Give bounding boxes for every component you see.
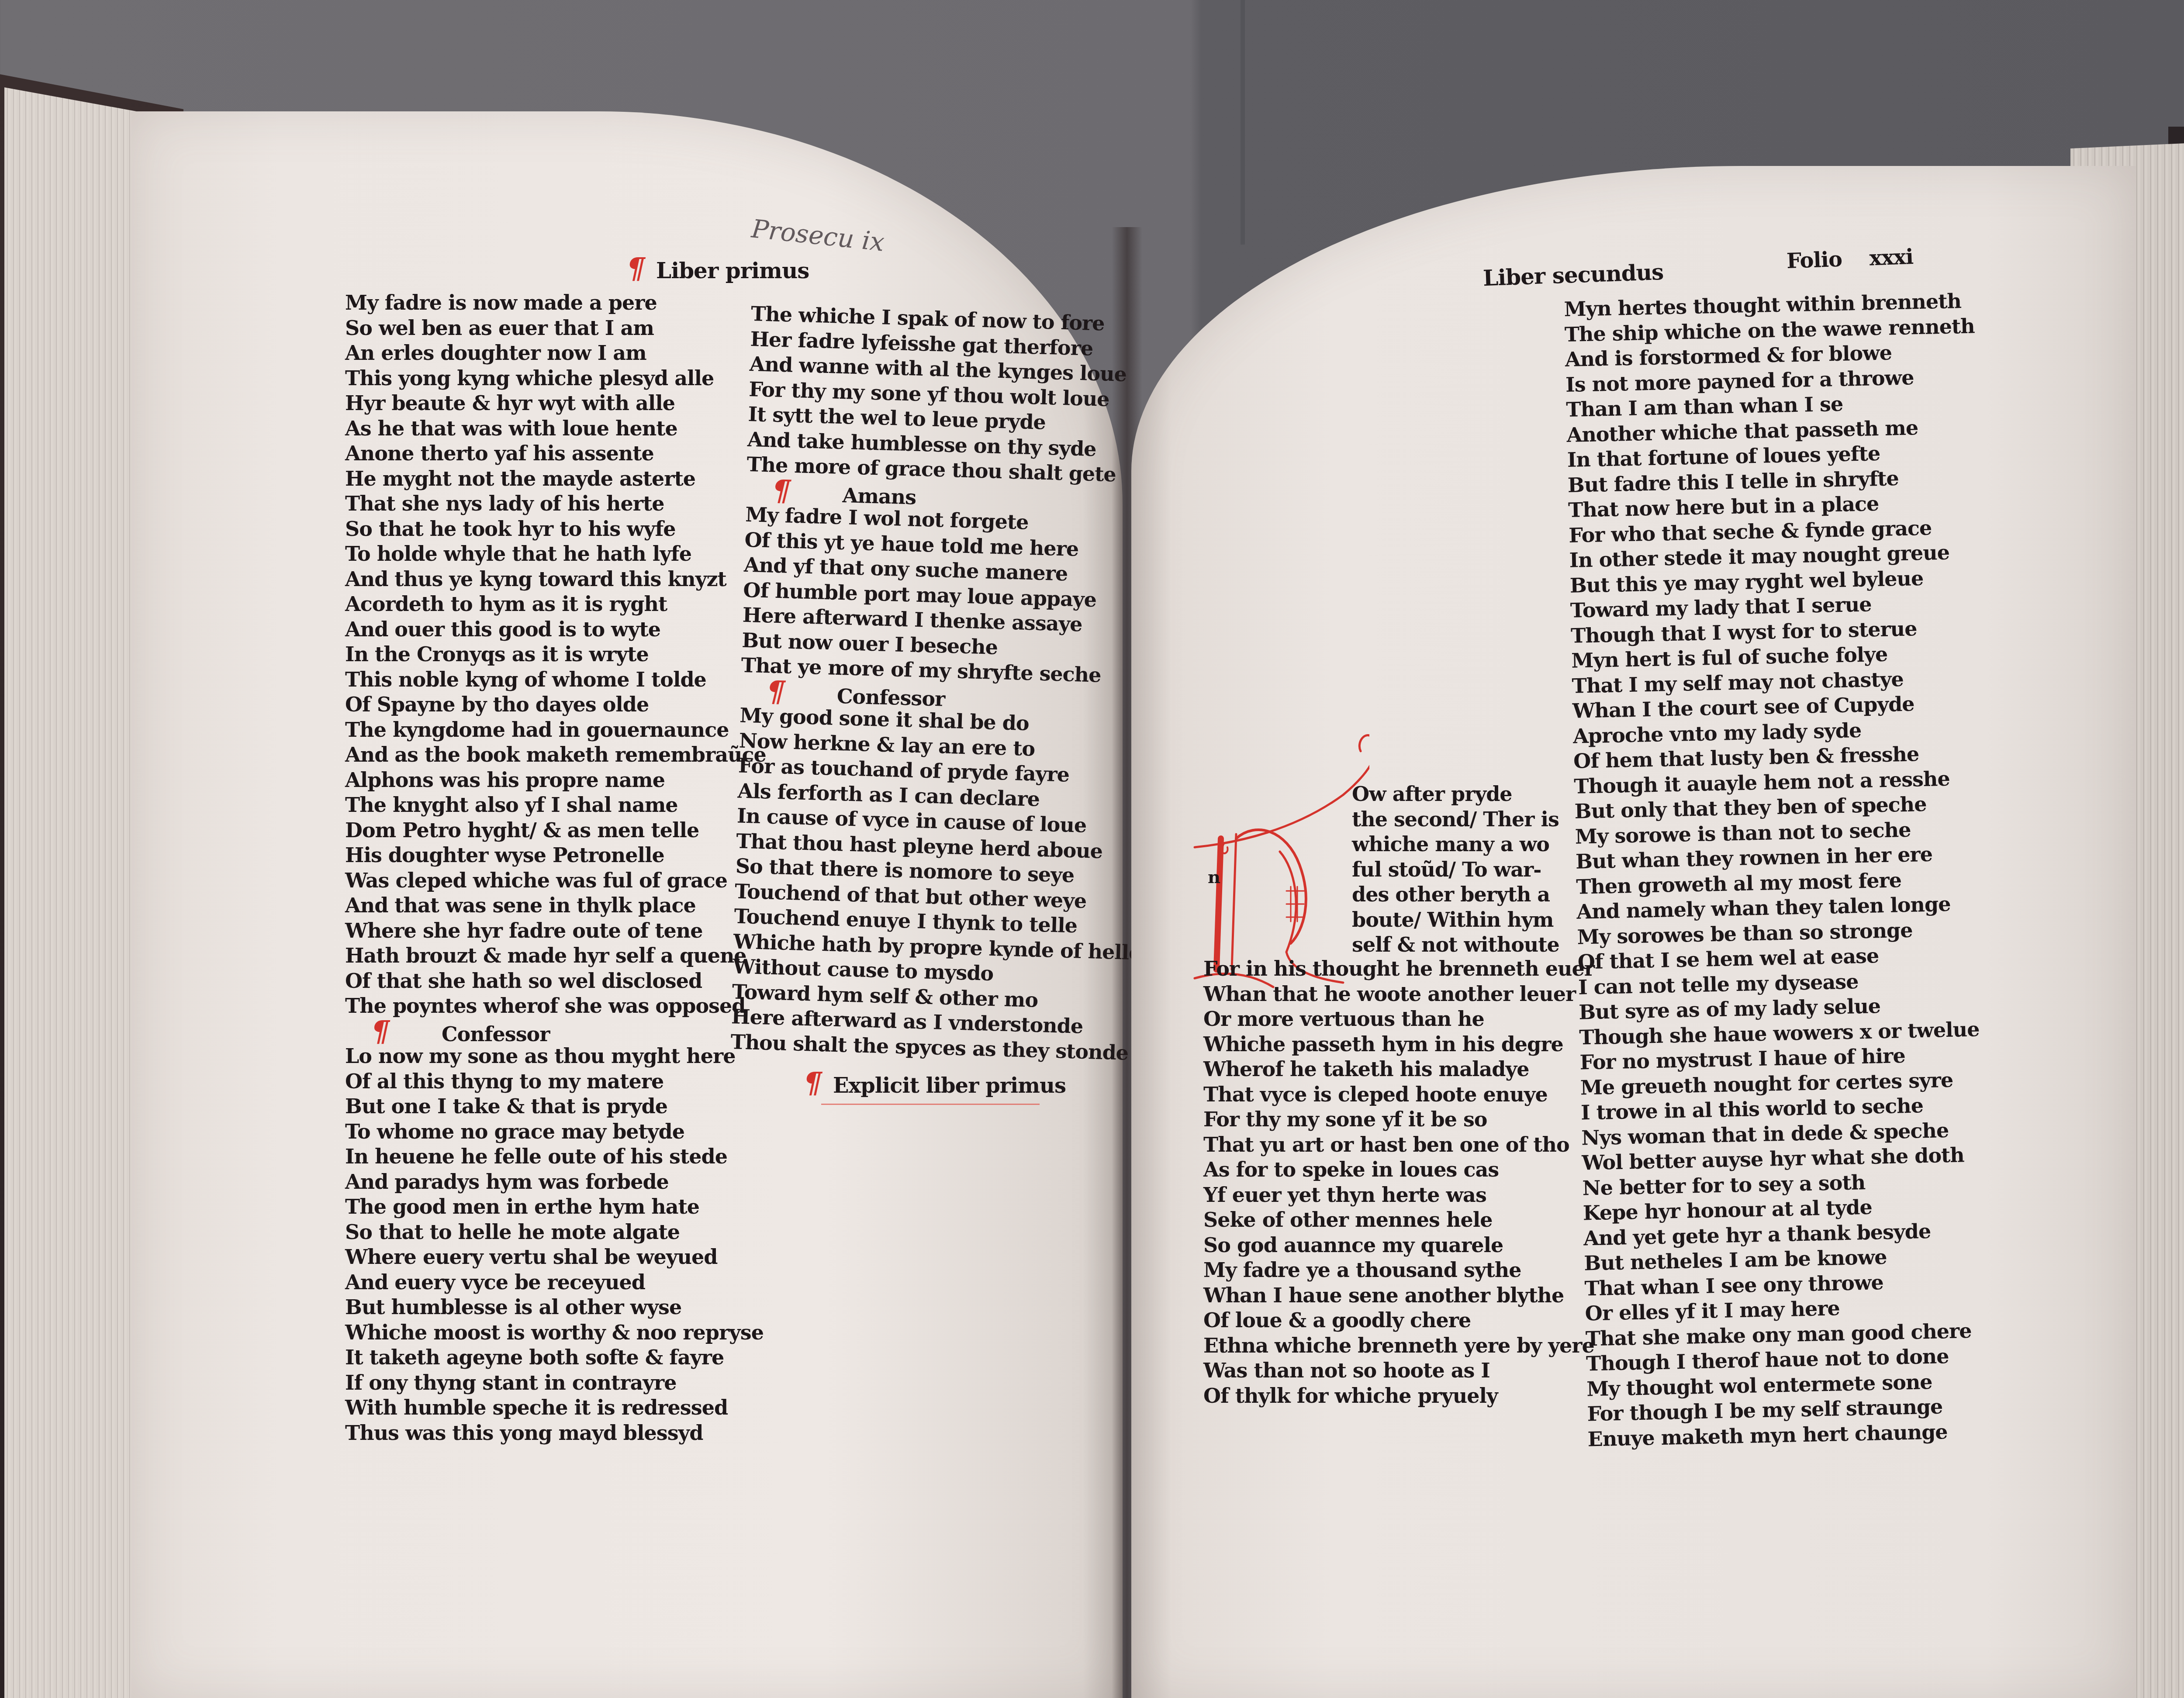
explicit-line: ¶Explicit liber primus	[804, 1066, 1066, 1100]
text-line: An erles doughter now I am	[345, 341, 766, 366]
text-line: Acordeth to hym as it is ryght	[345, 592, 766, 617]
text-line: Hyr beaute & hyr wyt with alle	[345, 391, 766, 416]
text-line: Was than not so hoote as I	[1203, 1358, 1594, 1384]
text-line: whiche many a wo	[1352, 832, 1559, 857]
text-line: Of thylk for whiche pryuely	[1203, 1384, 1594, 1409]
text-line: Yf euer yet thyn herte was	[1203, 1183, 1594, 1208]
text-line: Whiche passeth hym in his degre	[1203, 1032, 1594, 1057]
text-line: Whan that he woote another leuer	[1203, 982, 1594, 1007]
red-underline	[821, 1104, 1040, 1105]
right-page-left-column: For in his thought he brenneth euerWhan …	[1203, 956, 1594, 1408]
text-line: And paradys hym was forbede	[345, 1170, 766, 1195]
text-line: Whan I haue sene another blythe	[1203, 1283, 1594, 1308]
text-line: For in his thought he brenneth euer	[1203, 956, 1594, 982]
text-line: Ethna whiche brenneth yere by yere	[1203, 1333, 1594, 1359]
running-head-left: ¶Liber primus	[627, 251, 809, 285]
text-line: It taketh ageyne both softe & fayre	[345, 1345, 766, 1370]
guide-letter: n	[1208, 867, 1220, 887]
text-line: His doughter wyse Petronelle	[345, 843, 766, 868]
paragraph-mark-icon: ¶	[800, 1066, 826, 1100]
right-page-right-column: Myn hertes thought within brennethThe sh…	[1564, 288, 1998, 1452]
text-line: But humblesse is al other wyse	[345, 1295, 766, 1320]
text-line: This yong kyng whiche plesyd alle	[345, 366, 766, 391]
text-line: So god auannce my quarele	[1203, 1233, 1594, 1258]
text-line: Or more vertuous than he	[1203, 1007, 1594, 1032]
text-line: Ow after pryde	[1352, 782, 1559, 807]
text-line: des other beryth a	[1352, 882, 1559, 908]
right-page-initial-lines: Ow after prydethe second/ Ther iswhiche …	[1352, 782, 1559, 958]
text-line: Of loue & a goodly chere	[1203, 1308, 1594, 1333]
text-line: As for to speke in loues cas	[1203, 1157, 1594, 1183]
paragraph-mark-icon: ¶	[764, 679, 788, 704]
paragraph-mark-icon: ¶	[369, 1019, 392, 1044]
backdrop-seam	[1241, 0, 1245, 245]
left-page-left-column: My fadre is now made a pereSo wel ben as…	[345, 290, 766, 1446]
text-line: boute/ Within hym	[1352, 908, 1559, 933]
text-line: Where euery vertu shal be weyued	[345, 1245, 766, 1270]
text-line: Whiche moost is worthy & noo repryse	[345, 1320, 766, 1346]
text-line: the second/ Ther is	[1352, 807, 1559, 832]
text-line: self & not withoute	[1352, 932, 1559, 958]
text-line: That she nys lady of his herte	[345, 491, 766, 517]
text-line: So wel ben as euer that I am	[345, 316, 766, 341]
folio-number: Folio xxxi	[1786, 245, 1914, 273]
text-line: Seke of other mennes hele	[1203, 1208, 1594, 1233]
text-line: As he that was with loue hente	[345, 416, 766, 442]
text-line: Thus was this yong mayd blessyd	[345, 1421, 766, 1446]
text-line: Hath brouzt & made hyr self a quene	[345, 943, 766, 969]
text-line: So that to helle he mote algate	[345, 1220, 766, 1245]
text-line: The knyght also yf I shal name	[345, 793, 766, 818]
left-page-right-column: The whiche I spak of now to foreHer fadr…	[730, 301, 1159, 1066]
text-line: And that was sene in thylk place	[345, 893, 766, 918]
text-line: My fadre is now made a pere	[345, 290, 766, 316]
text-line: And euery vyce be receyued	[345, 1270, 766, 1295]
text-line: Of that she hath so wel disclosed	[345, 969, 766, 994]
text-line: The kyngdome had in gouernaunce	[345, 718, 766, 743]
paragraph-mark-icon: ¶	[769, 478, 793, 503]
text-line: Alphons was his propre name	[345, 768, 766, 793]
text-line: Of Spayne by tho dayes olde	[345, 692, 766, 718]
text-line: Of al this thyng to my matere	[345, 1069, 766, 1094]
text-line: Wherof he taketh his maladye	[1203, 1057, 1594, 1082]
text-line: Anone therto yaf his assente	[345, 441, 766, 466]
text-line: That vyce is cleped hoote enuye	[1203, 1082, 1594, 1108]
text-line: This noble kyng of whome I tolde	[345, 667, 766, 693]
text-line: So that he took hyr to his wyfe	[345, 517, 766, 542]
text-line: Lo now my sone as thou myght here	[345, 1044, 766, 1069]
text-line: If ony thyng stant in contrayre	[345, 1370, 766, 1396]
text-line: And thus ye kyng toward this knyzt	[345, 567, 766, 592]
text-line: Dom Petro hyght/ & as men telle	[345, 818, 766, 843]
paragraph-mark-icon: ¶	[623, 251, 649, 285]
text-line: And as the book maketh remembraũce	[345, 742, 766, 768]
text-line: To holde whyle that he hath lyfe	[345, 542, 766, 567]
text-line: In heuene he felle oute of his stede	[345, 1144, 766, 1170]
text-line: For thy my sone yf it be so	[1203, 1107, 1594, 1132]
page-edges-left	[4, 87, 149, 1698]
text-line: But one I take & that is pryde	[345, 1094, 766, 1119]
text-line: That yu art or hast ben one of tho	[1203, 1132, 1594, 1158]
text-line: My fadre ye a thousand sythe	[1203, 1258, 1594, 1283]
text-line: The poyntes wherof she was opposed	[345, 994, 766, 1019]
text-line: He myght not the mayde asterte	[345, 466, 766, 492]
text-line: The good men in erthe hym hate	[345, 1194, 766, 1220]
text-line: And ouer this good is to wyte	[345, 617, 766, 642]
speaker-heading: ¶Confessor	[345, 1019, 766, 1044]
text-line: In the Cronyqs as it is wryte	[345, 642, 766, 667]
text-line: Was cleped whiche was ful of grace	[345, 868, 766, 894]
text-line: ful stoũd/ To war-	[1352, 857, 1559, 883]
text-line: Where she hyr fadre oute of tene	[345, 918, 766, 944]
text-line: To whome no grace may betyde	[345, 1119, 766, 1145]
text-line: With humble speche it is redressed	[345, 1395, 766, 1421]
